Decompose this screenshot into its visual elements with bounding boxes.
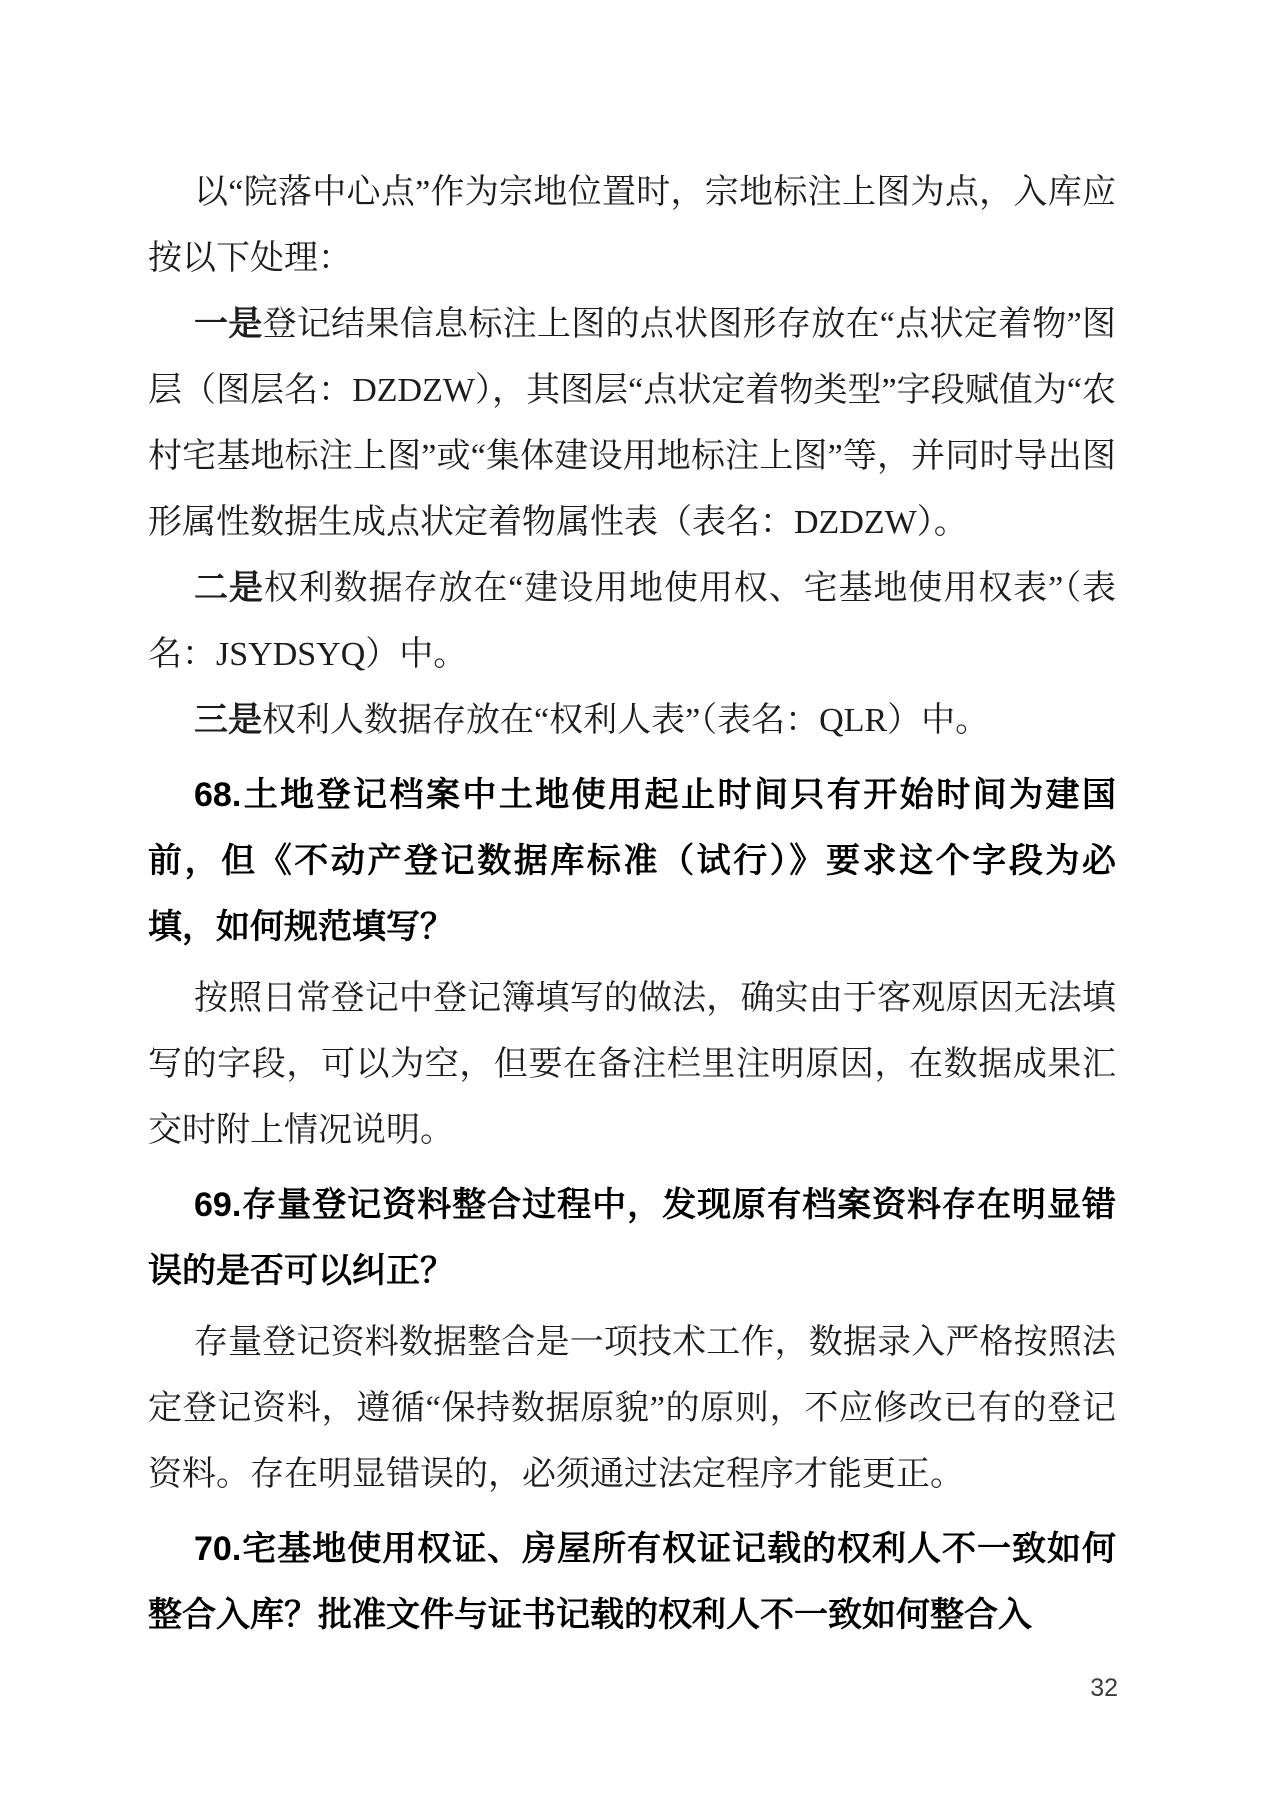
paragraph-lead: 二是 (194, 570, 264, 607)
paragraph-text: 登记结果信息标注上图的点状图形存放在“点状定着物”图层（图层名：DZDZW），其… (148, 306, 1116, 541)
question-heading: 68.土地登记档案中土地使用起止时间只有开始时间为建国前，但《不动产登记数据库标… (148, 762, 1116, 960)
paragraph-text: 68.土地登记档案中土地使用起止时间只有开始时间为建国前，但《不动产登记数据库标… (148, 776, 1116, 946)
body-paragraph: 存量登记资料数据整合是一项技术工作，数据录入严格按照法定登记资料，遵循“保持数据… (148, 1310, 1116, 1508)
document-page: 以“院落中心点”作为宗地位置时，宗地标注上图为点，入库应按以下处理：一是登记结果… (0, 0, 1280, 1810)
page-number: 32 (1090, 1674, 1118, 1703)
paragraph-text: 以“院落中心点”作为宗地位置时，宗地标注上图为点，入库应按以下处理： (148, 174, 1116, 277)
paragraph-text: 权利数据存放在“建设用地使用权、宅基地使用权表”（表名：JSYDSYQ）中。 (148, 570, 1116, 673)
text-content: 以“院落中心点”作为宗地位置时，宗地标注上图为点，入库应按以下处理：一是登记结果… (148, 0, 1116, 1654)
body-paragraph: 一是登记结果信息标注上图的点状图形存放在“点状定着物”图层（图层名：DZDZW）… (148, 292, 1116, 556)
paragraph-lead: 三是 (194, 702, 262, 739)
question-heading: 69.存量登记资料整合过程中，发现原有档案资料存在明显错误的是否可以纠正？ (148, 1172, 1116, 1304)
paragraph-text: 按照日常登记中登记簿填写的做法，确实由于客观原因无法填写的字段，可以为空，但要在… (148, 980, 1116, 1149)
body-paragraph: 按照日常登记中登记簿填写的做法，确实由于客观原因无法填写的字段，可以为空，但要在… (148, 966, 1116, 1164)
paragraph-lead: 一是 (194, 306, 263, 343)
paragraph-text: 权利人数据存放在“权利人表”（表名：QLR）中。 (262, 702, 989, 739)
body-paragraph: 二是权利数据存放在“建设用地使用权、宅基地使用权表”（表名：JSYDSYQ）中。 (148, 556, 1116, 688)
question-heading: 70.宅基地使用权证、房屋所有权证记载的权利人不一致如何整合入库？批准文件与证书… (148, 1516, 1116, 1648)
paragraph-text: 存量登记资料数据整合是一项技术工作，数据录入严格按照法定登记资料，遵循“保持数据… (148, 1324, 1116, 1493)
body-paragraph: 三是权利人数据存放在“权利人表”（表名：QLR）中。 (148, 688, 1116, 754)
paragraph-text: 69.存量登记资料整合过程中，发现原有档案资料存在明显错误的是否可以纠正？ (148, 1186, 1116, 1290)
body-paragraph: 以“院落中心点”作为宗地位置时，宗地标注上图为点，入库应按以下处理： (148, 160, 1116, 292)
paragraph-text: 70.宅基地使用权证、房屋所有权证记载的权利人不一致如何整合入库？批准文件与证书… (148, 1530, 1116, 1634)
